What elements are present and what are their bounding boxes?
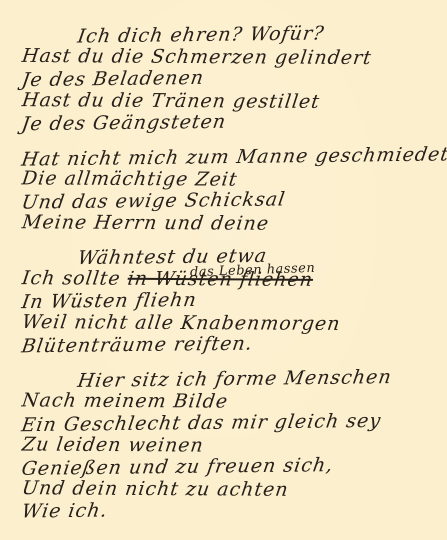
manuscript-line: Blütenträume reiften.: [22, 334, 439, 356]
manuscript-line-text: Genießen und zu freuen sich,: [20, 454, 335, 480]
manuscript-line-text: Nach meinem Bilde: [21, 389, 230, 412]
manuscript-line: Weil nicht alle Knabenmorgen: [22, 312, 439, 334]
manuscript-line: In Wüsten fliehn: [22, 290, 439, 312]
manuscript-line: Hast du die Tränen gestillet: [22, 90, 439, 112]
manuscript-line: Und das ewige Schicksal: [22, 190, 439, 212]
manuscript-line-text: Je des Geängsteten: [20, 111, 228, 135]
stanza: Ich dich ehren? Wofür?Hast du die Schmer…: [22, 24, 439, 134]
manuscript-line: Zu leiden weinen: [22, 434, 439, 456]
manuscript-line: Je des Geängsteten: [22, 112, 439, 134]
stanza: Wähntest du etwadas Leben hassenIch soll…: [22, 246, 439, 356]
manuscript-line-text: In Wüsten fliehn: [20, 289, 198, 313]
manuscript-line: Und dein nicht zu achten: [22, 478, 439, 500]
manuscript-line-text: Ein Geschlecht das mir gleich sey: [20, 410, 383, 436]
manuscript-line-text: Zu leiden weinen: [21, 433, 206, 456]
manuscript-line: Genießen und zu freuen sich,: [22, 456, 439, 478]
manuscript-line-text: Ich dich ehren? Wofür?: [76, 22, 326, 47]
manuscript-line-text: Hast du die Tränen gestillet: [21, 89, 322, 113]
manuscript-line-text: Blütenträume reiften.: [20, 333, 254, 358]
manuscript-line: Wähntest du etwadas Leben hassen: [22, 246, 439, 268]
manuscript-line: Wie ich.: [22, 500, 439, 522]
manuscript-line: Je des Beladenen: [22, 68, 439, 90]
interlinear-insertion: das Leben hassen: [190, 258, 316, 284]
manuscript-line: Ich dich ehren? Wofür?: [22, 24, 439, 46]
manuscript-line: Ein Geschlecht das mir gleich sey: [22, 412, 439, 434]
manuscript-line-text: Je des Beladenen: [20, 67, 205, 91]
manuscript-line: Nach meinem Bilde: [22, 390, 439, 412]
manuscript-line-text: Und dein nicht zu achten: [21, 477, 290, 501]
manuscript-line: Hast du die Schmerzen gelindert: [22, 46, 439, 68]
manuscript-line: Hier sitz ich forme Menschen: [22, 368, 439, 390]
stanza: Hat nicht mich zum Manne geschmiedetDie …: [22, 146, 439, 234]
manuscript-line: Die allmächtige Zeit: [22, 168, 439, 190]
manuscript-line-text: Wie ich.: [20, 499, 109, 522]
manuscript-line-text: Hast du die Schmerzen gelindert: [21, 45, 374, 69]
manuscript-line: Hat nicht mich zum Manne geschmiedet: [22, 146, 439, 168]
manuscript-line-text: Hier sitz ich forme Menschen: [76, 366, 393, 392]
manuscript-text-block: Ich dich ehren? Wofür?Hast du die Schmer…: [0, 0, 447, 540]
manuscript-page: Ich dich ehren? Wofür?Hast du die Schmer…: [0, 0, 447, 540]
manuscript-line: Meine Herrn und deine: [22, 212, 439, 234]
manuscript-line-text: Und das ewige Schicksal: [20, 188, 287, 213]
manuscript-line-text: Die allmächtige Zeit: [21, 167, 239, 190]
manuscript-line-text: Hat nicht mich zum Manne geschmiedet: [20, 143, 447, 170]
manuscript-line-text: Weil nicht alle Knabenmorgen: [21, 311, 342, 335]
manuscript-line-text: Meine Herrn und deine: [21, 211, 271, 235]
stanza: Hier sitz ich forme MenschenNach meinem …: [22, 368, 439, 522]
